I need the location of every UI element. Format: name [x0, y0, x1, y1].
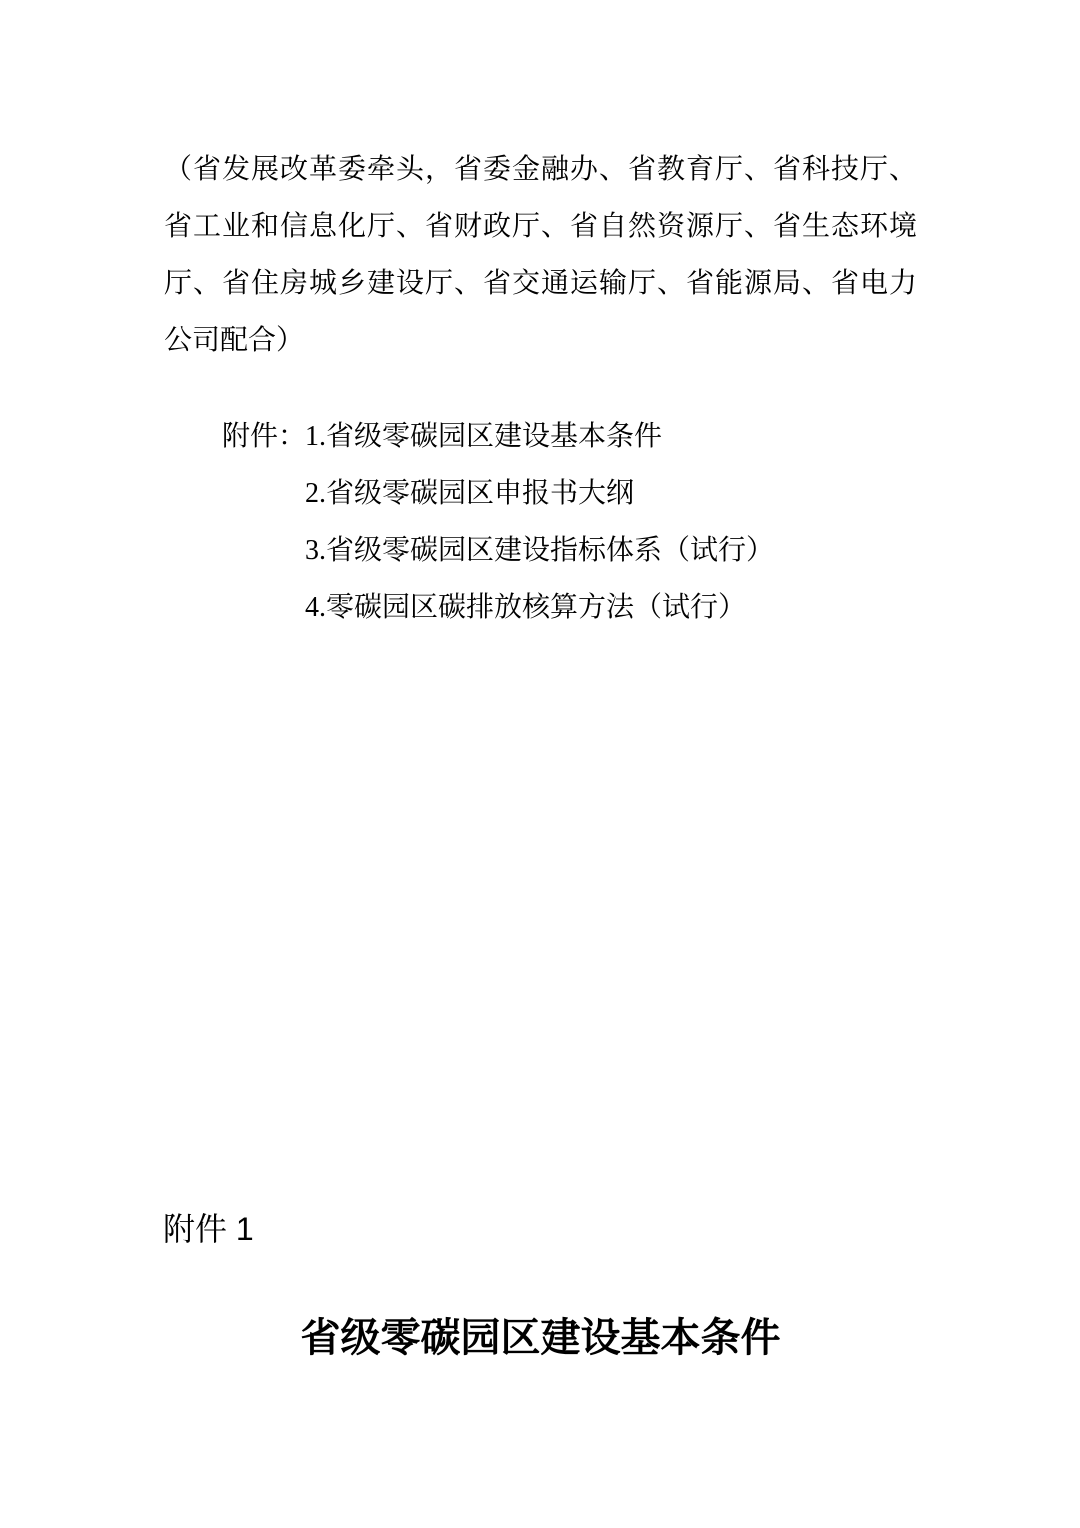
paragraph-line: 厅、省住房城乡建设厅、省交通运输厅、省能源局、省电力 [164, 255, 917, 312]
attachments-list-item: 3.省级零碳园区建设指标体系（试行） [305, 522, 774, 579]
attachment-number-label: 附件 1 [163, 1207, 254, 1251]
attachments-list-label: 附件： [222, 408, 305, 465]
closing-paragraph: （省发展改革委牵头，省委金融办、省教育厅、省科技厅、 省工业和信息化厅、省财政厅… [164, 141, 917, 369]
paragraph-line: 省工业和信息化厅、省财政厅、省自然资源厅、省生态环境 [164, 198, 917, 255]
paragraph-line: 公司配合） [164, 312, 917, 369]
document-page: （省发展改革委牵头，省委金融办、省教育厅、省科技厅、 省工业和信息化厅、省财政厅… [0, 0, 1080, 1528]
attachments-list-item: 2.省级零碳园区申报书大纲 [305, 465, 774, 522]
attachments-list-item: 1.省级零碳园区建设基本条件 [305, 408, 774, 465]
attachment-title: 省级零碳园区建设基本条件 [164, 1310, 917, 1366]
paragraph-line: （省发展改革委牵头，省委金融办、省教育厅、省科技厅、 [164, 141, 917, 198]
attachments-list-items: 1.省级零碳园区建设基本条件 2.省级零碳园区申报书大纲 3.省级零碳园区建设指… [305, 408, 774, 636]
attachments-list-item: 4.零碳园区碳排放核算方法（试行） [305, 579, 774, 636]
attachments-list: 附件： 1.省级零碳园区建设基本条件 2.省级零碳园区申报书大纲 3.省级零碳园… [222, 408, 774, 636]
